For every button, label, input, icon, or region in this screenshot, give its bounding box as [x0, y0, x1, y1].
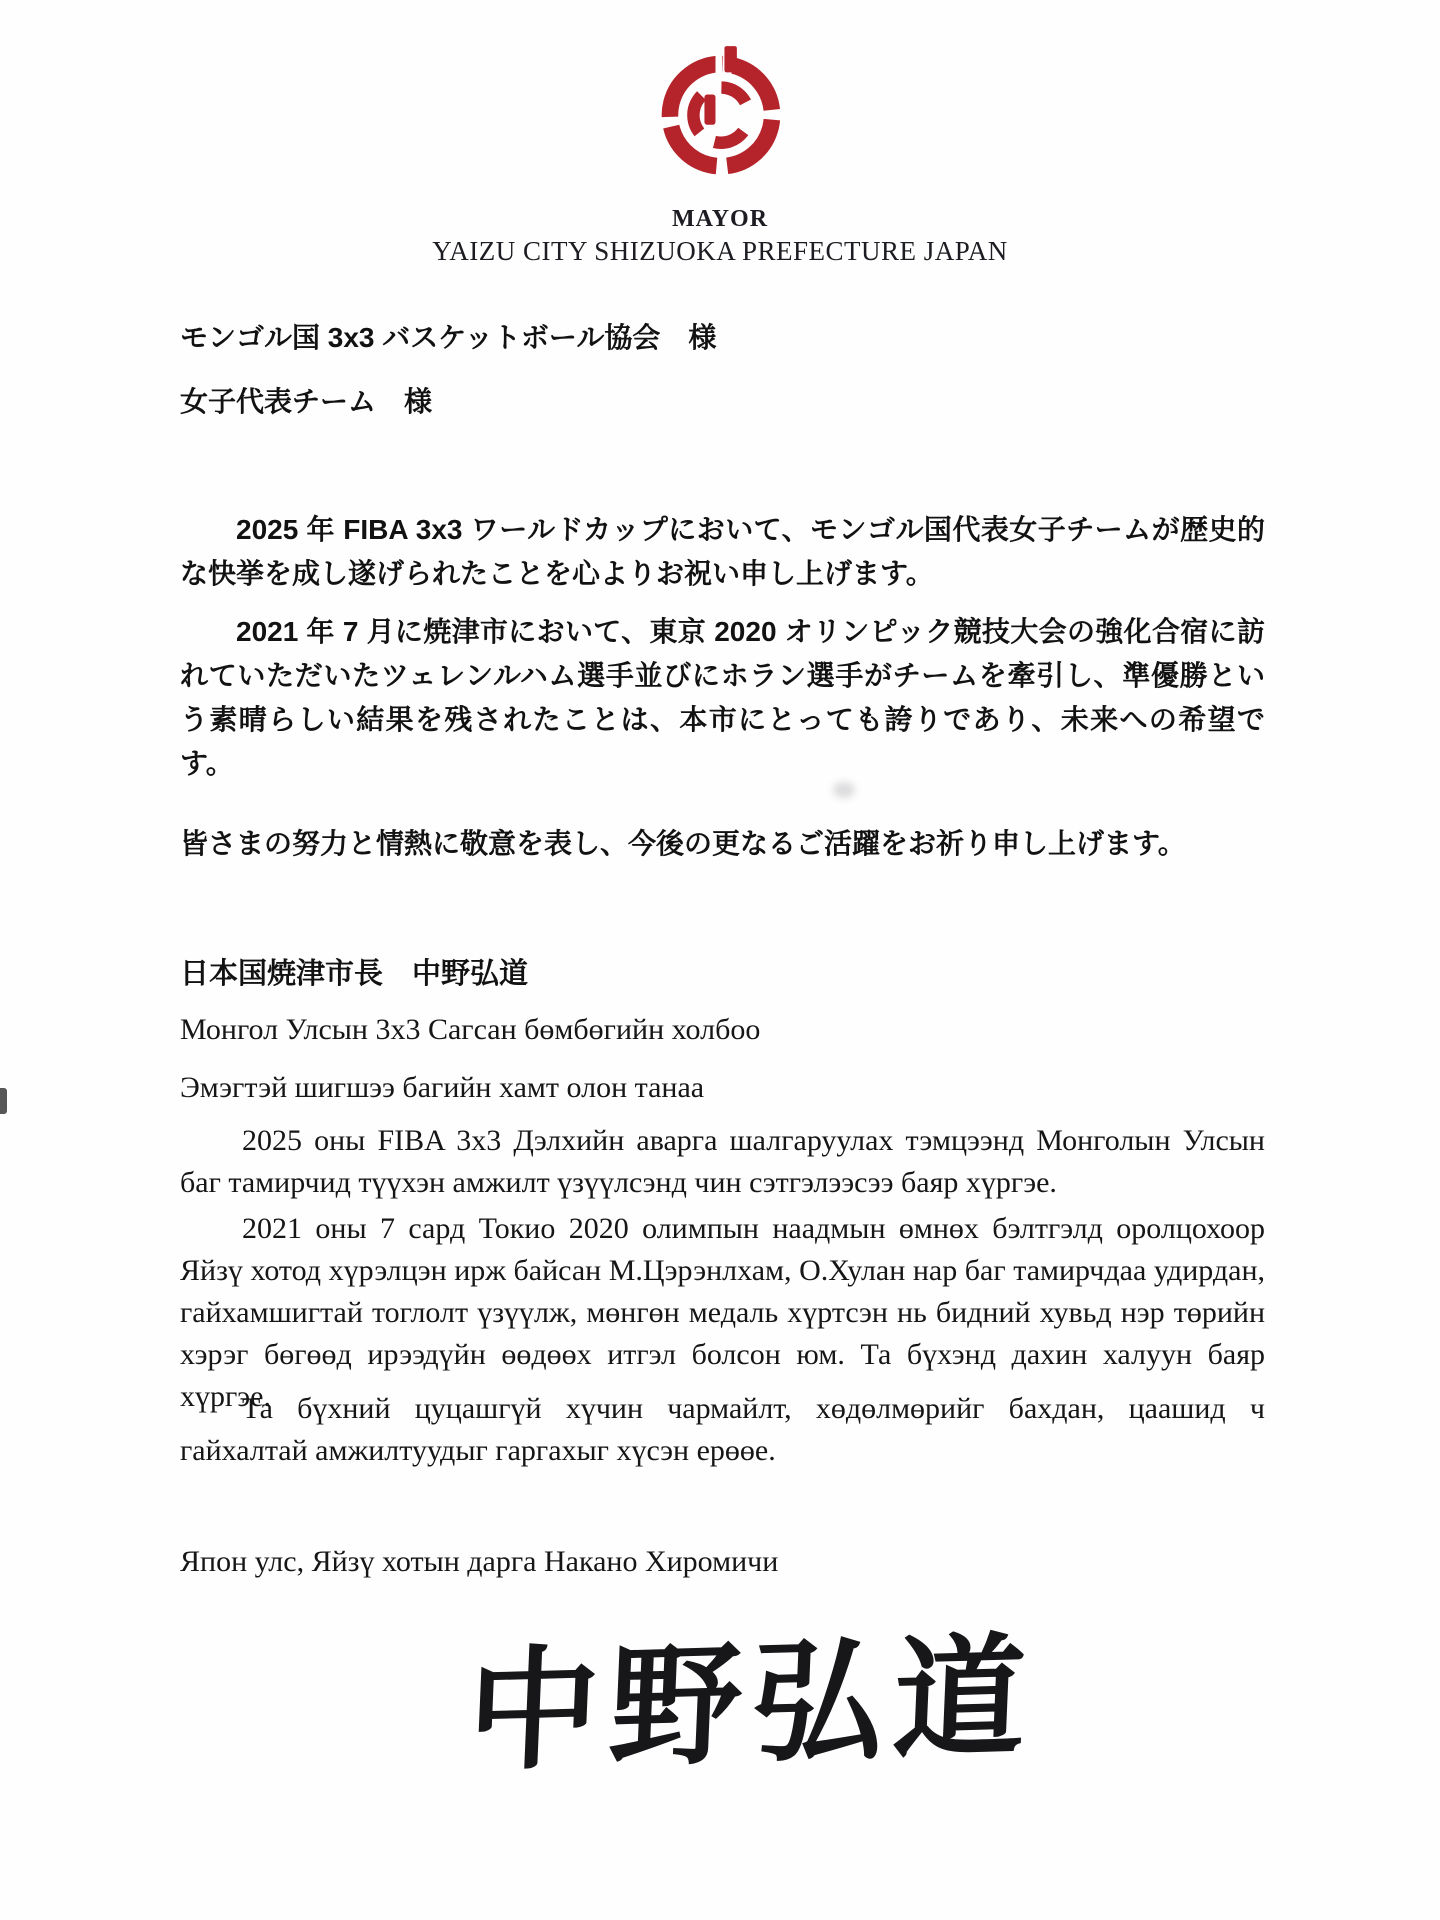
scan-artifact-smudge: [833, 782, 855, 798]
jp-paragraph-congratulations: 2025 年 FIBA 3x3 ワールドカップにおいて、モンゴル国代表女子チーム…: [180, 508, 1265, 596]
yaizu-city-emblem: [652, 42, 790, 180]
scan-artifact-left-edge: [0, 1088, 7, 1114]
handwritten-signature: 中野弘道: [464, 1590, 1032, 1796]
jp-mayor-signature-line: 日本国焼津市長 中野弘道: [180, 952, 1265, 996]
mn-recipient-association: Монгол Улсын 3x3 Сагсан бөмбөгийн холбоо: [180, 1008, 1265, 1051]
jp-recipient-team: 女子代表チーム 様: [180, 380, 1265, 424]
mn-paragraph-camp-history: 2021 оны 7 сард Токио 2020 олимпын наадм…: [180, 1208, 1265, 1418]
mn-closing-line: Япон улс, Яйзү хотын дарга Накано Хироми…: [180, 1540, 1265, 1583]
mn-paragraph-congratulations: 2025 оны FIBA 3x3 Дэлхийн аварга шалгару…: [180, 1120, 1265, 1204]
mn-recipient-team: Эмэгтэй шигшээ багийн хамт олон танаа: [180, 1066, 1265, 1109]
mayor-title: MAYOR: [0, 206, 1440, 233]
letter-page: MAYOR YAIZU CITY SHIZUOKA PREFECTURE JAP…: [0, 0, 1440, 1920]
jp-paragraph-camp-history: 2021 年 7 月に焼津市において、東京 2020 オリンピック競技大会の強化…: [180, 610, 1265, 786]
jp-paragraph-wishes: 皆さまの努力と情熱に敬意を表し、今後の更なるご活躍をお祈り申し上げます。: [180, 822, 1265, 866]
mn-paragraph-wishes: Та бүхний цуцашгүй хүчин чармайлт, хөдөл…: [180, 1388, 1265, 1472]
jp-recipient-association: モンゴル国 3x3 バスケットボール協会 様: [180, 316, 1265, 360]
yaizu-city-emblem-icon: [652, 42, 790, 180]
city-subtitle: YAIZU CITY SHIZUOKA PREFECTURE JAPAN: [0, 236, 1440, 267]
